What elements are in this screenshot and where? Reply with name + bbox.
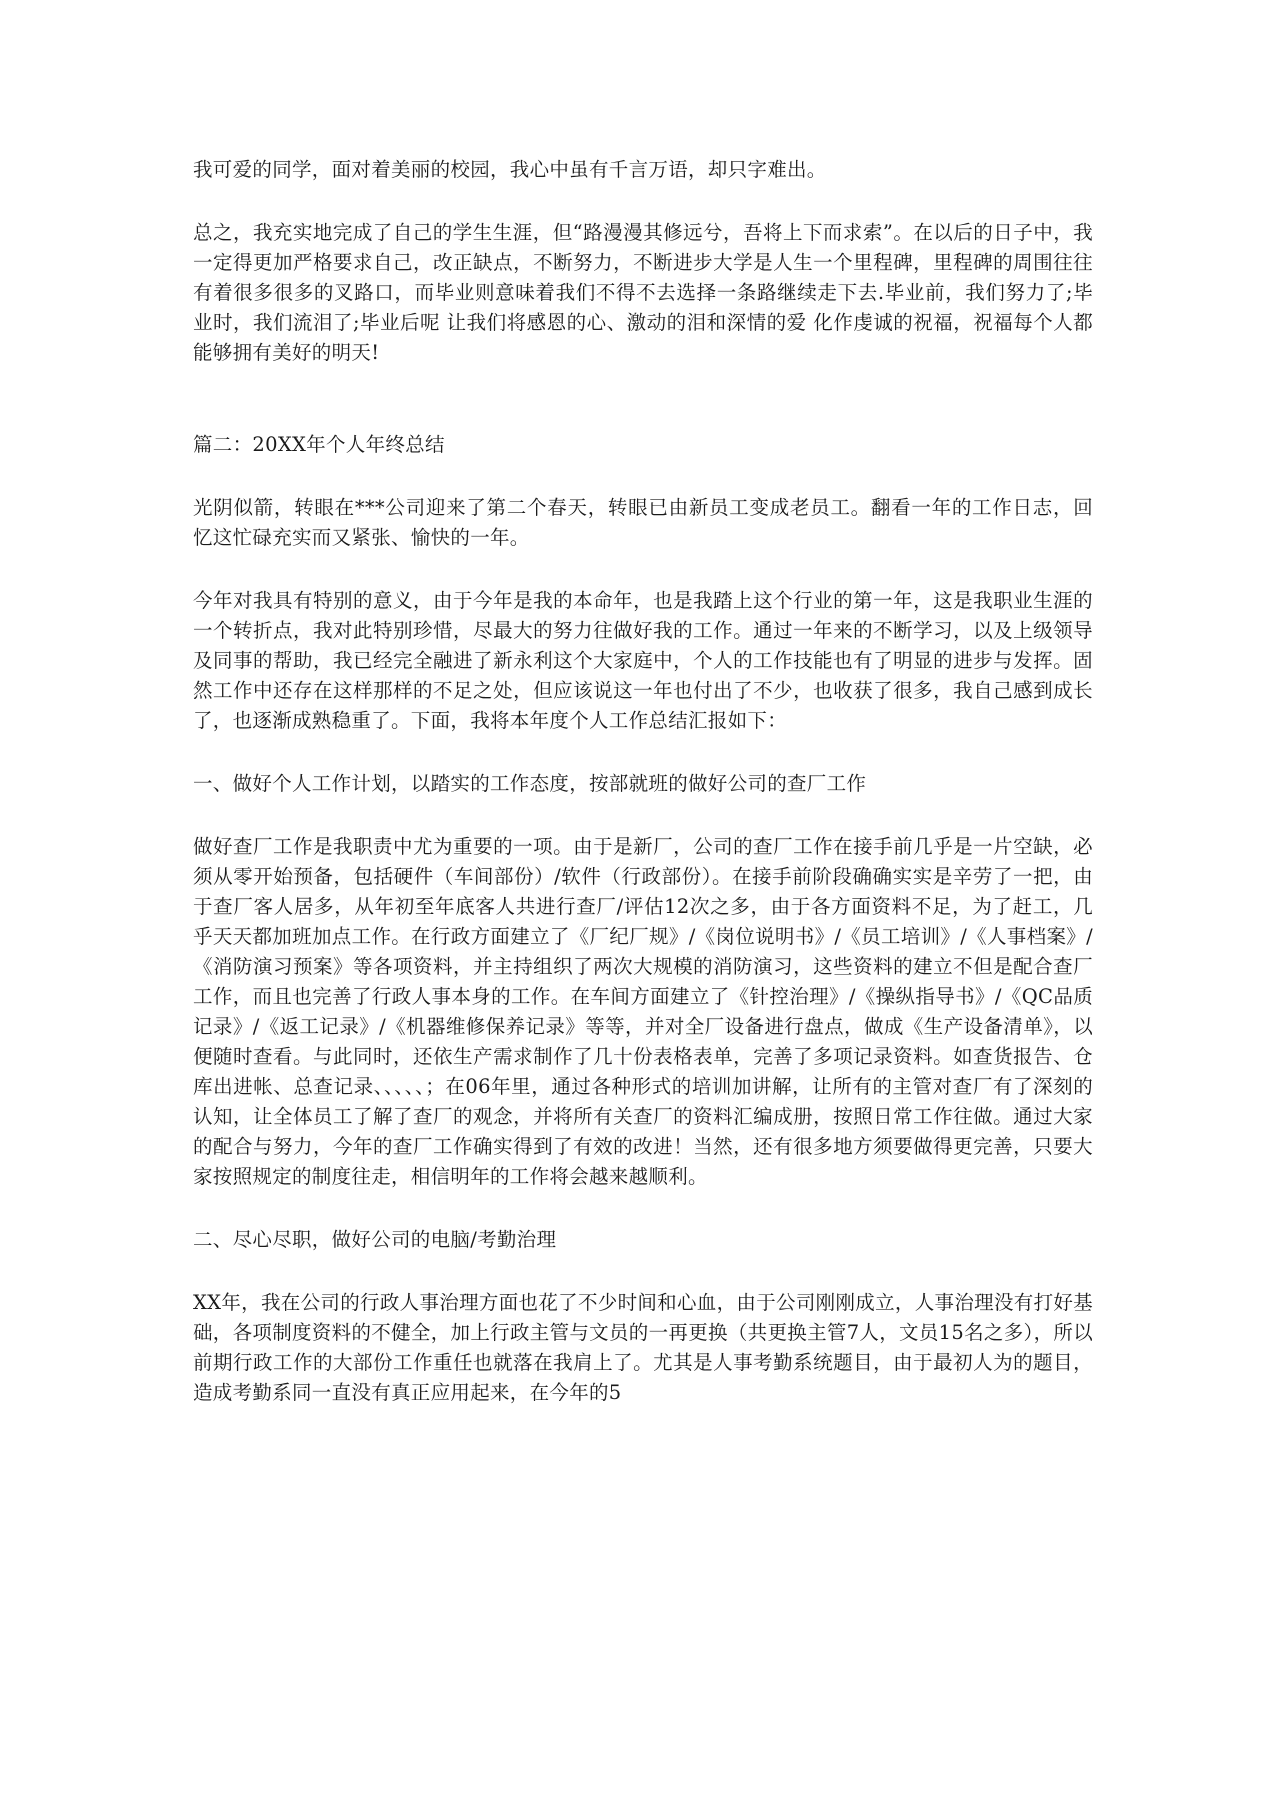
paragraph-attendance: XX年，我在公司的行政人事治理方面也花了不少时间和心血，由于公司刚刚成立，人事治…	[193, 1288, 1093, 1408]
paragraph-inspection: 做好查厂工作是我职责中尤为重要的一项。由于是新厂，公司的查厂工作在接手前几乎是一…	[193, 832, 1093, 1192]
paragraph-intro: 光阴似箭，转眼在***公司迎来了第二个春天，转眼已由新员工变成老员工。翻看一年的…	[193, 493, 1093, 553]
subheading-inspection: 一、做好个人工作计划，以踏实的工作态度，按部就班的做好公司的查厂工作	[193, 769, 1093, 799]
subheading-attendance: 二、尽心尽职，做好公司的电脑/考勤治理	[193, 1225, 1093, 1255]
paragraph-conclusion: 总之，我充实地完成了自己的学生生涯，但“路漫漫其修远兮，吾将上下而求索”。在以后…	[193, 218, 1093, 368]
paragraph-farewell: 我可爱的同学，面对着美丽的校园，我心中虽有千言万语，却只字难出。	[193, 155, 1093, 185]
section-title: 篇二：20XX年个人年终总结	[193, 430, 1093, 460]
document-page: 我可爱的同学，面对着美丽的校园，我心中虽有千言万语，却只字难出。 总之，我充实地…	[193, 155, 1093, 1408]
paragraph-significance: 今年对我具有特别的意义，由于今年是我的本命年，也是我踏上这个行业的第一年，这是我…	[193, 586, 1093, 736]
